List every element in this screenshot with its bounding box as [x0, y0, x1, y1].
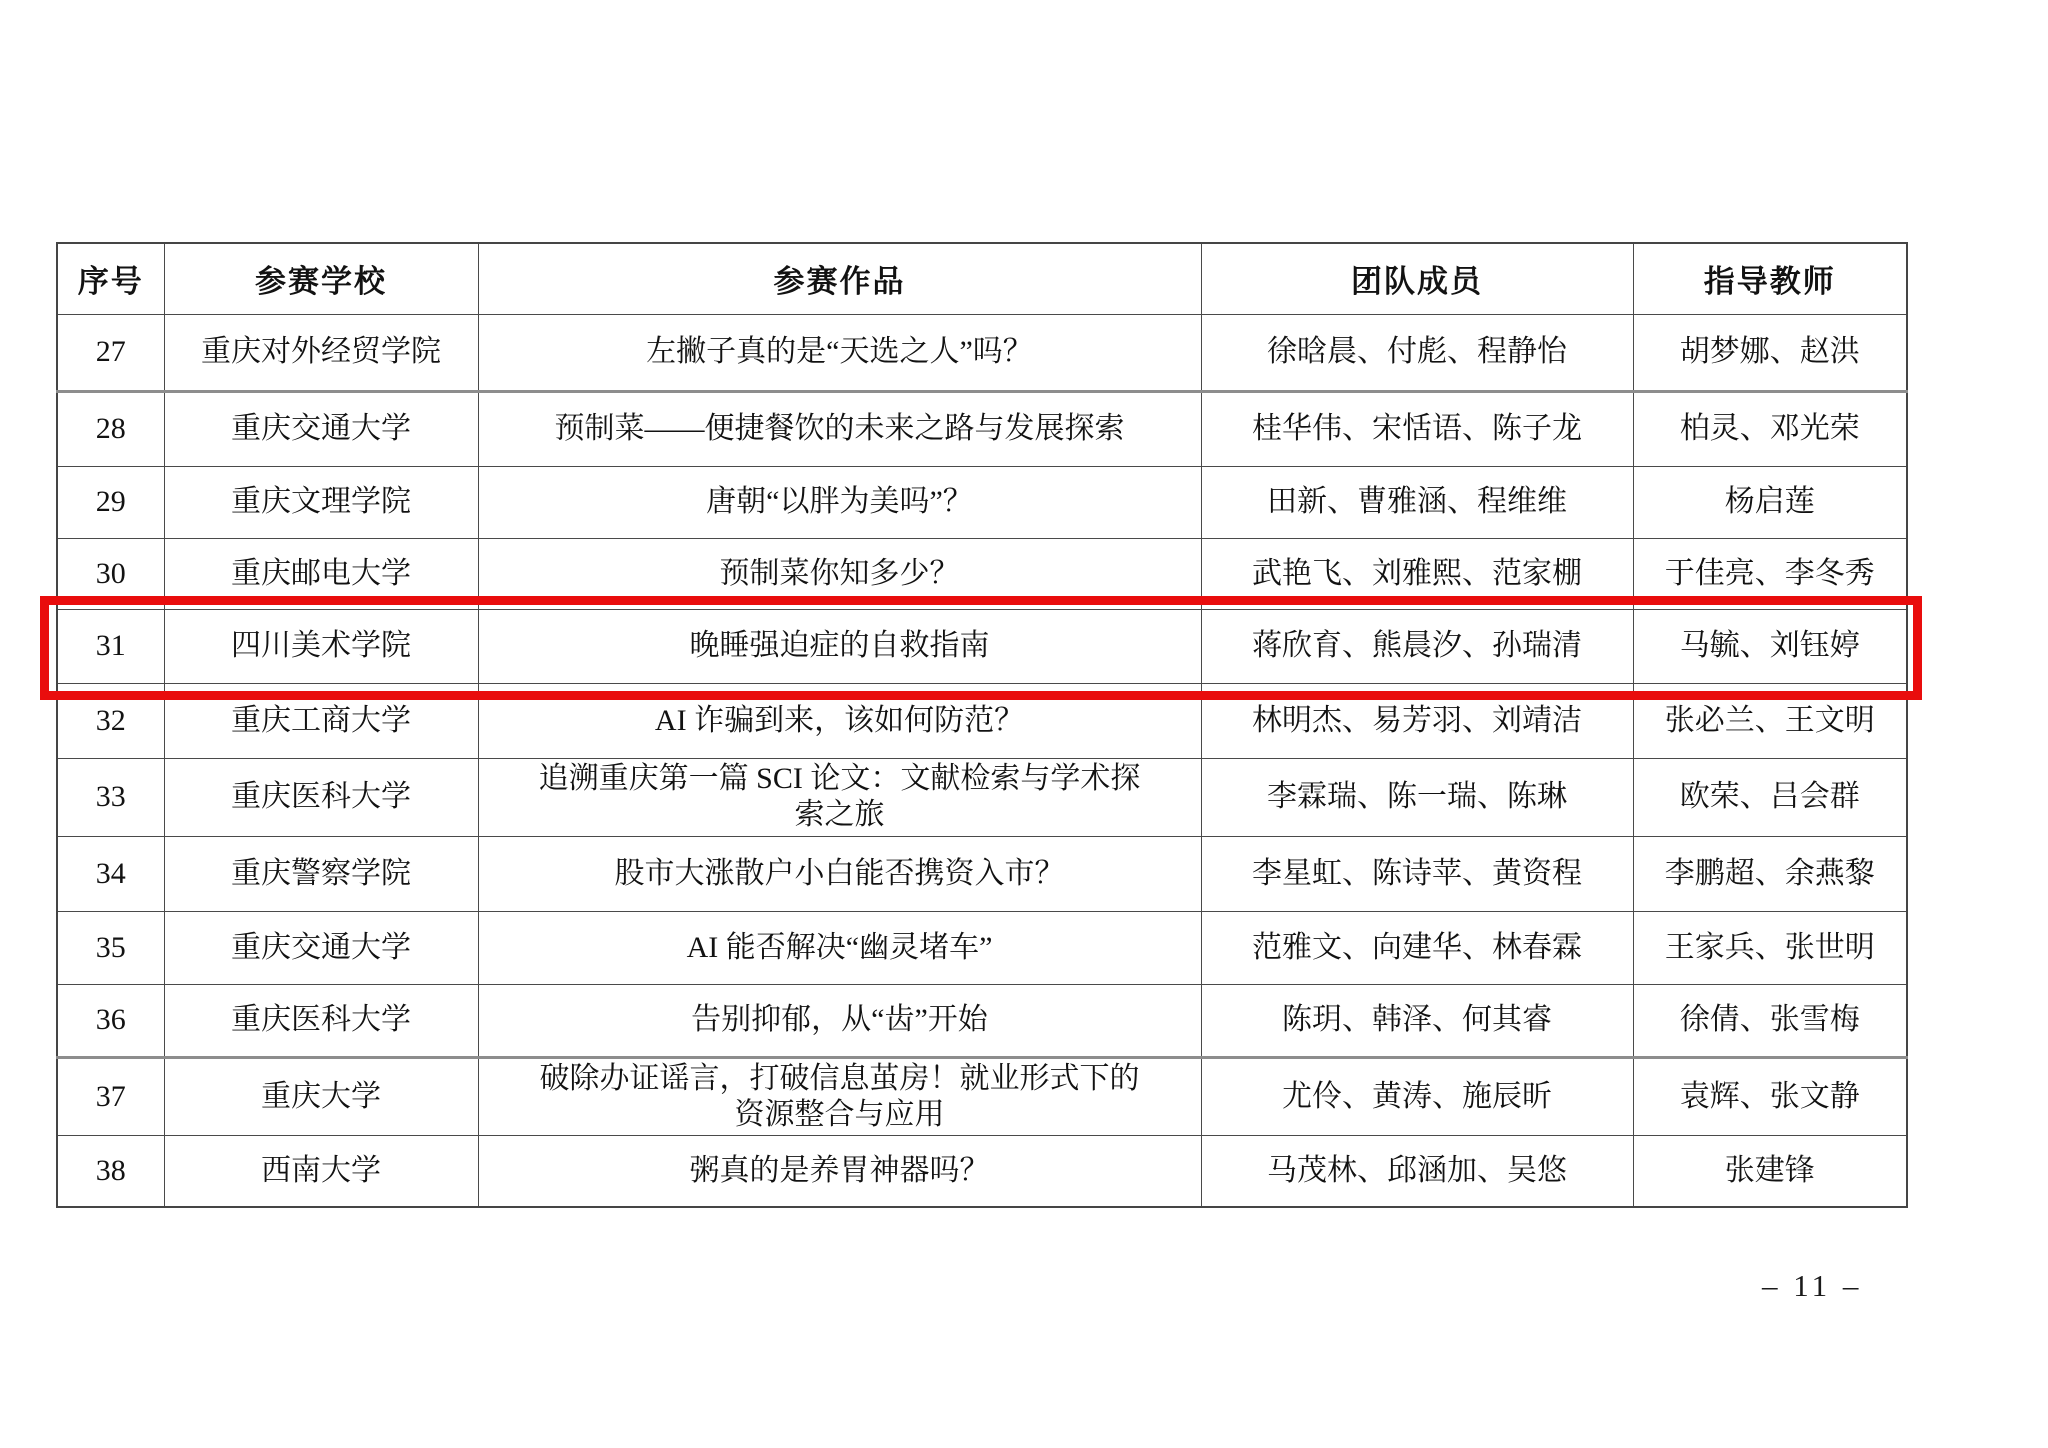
column-header-school: 参赛学校 — [164, 243, 478, 314]
cell-members: 李星虹、陈诗苹、黄资程 — [1201, 836, 1633, 911]
cell-no: 37 — [57, 1057, 164, 1135]
table-row: 30 重庆邮电大学 预制菜你知多少？ 武艳飞、刘雅熙、范家棚 于佳亮、李冬秀 — [57, 538, 1907, 609]
cell-work: 追溯重庆第一篇 SCI 论文：文献检索与学术探 索之旅 — [478, 758, 1201, 836]
cell-work: AI 能否解决“幽灵堵车” — [478, 911, 1201, 984]
page-number: – 11 – — [1762, 1268, 1862, 1304]
cell-teachers: 于佳亮、李冬秀 — [1633, 538, 1907, 609]
cell-work: 股市大涨散户小白能否携资入市？ — [478, 836, 1201, 911]
cell-members: 田新、曹雅涵、程维维 — [1201, 466, 1633, 538]
cell-work: 预制菜——便捷餐饮的未来之路与发展探索 — [478, 391, 1201, 466]
cell-work: 告别抑郁，从“齿”开始 — [478, 984, 1201, 1057]
table-row: 34 重庆警察学院 股市大涨散户小白能否携资入市？ 李星虹、陈诗苹、黄资程 李鹏… — [57, 836, 1907, 911]
cell-members: 范雅文、向建华、林春霖 — [1201, 911, 1633, 984]
cell-school: 重庆工商大学 — [164, 683, 478, 758]
cell-members: 徐晗晨、付彪、程静怡 — [1201, 314, 1633, 391]
table-row: 32 重庆工商大学 AI 诈骗到来，该如何防范？ 林明杰、易芳羽、刘靖洁 张必兰… — [57, 683, 1907, 758]
cell-no: 28 — [57, 391, 164, 466]
table-row: 37 重庆大学 破除办证谣言，打破信息茧房！就业形式下的 资源整合与应用 尤伶、… — [57, 1057, 1907, 1135]
column-header-no: 序号 — [57, 243, 164, 314]
column-header-work: 参赛作品 — [478, 243, 1201, 314]
cell-teachers: 柏灵、邓光荣 — [1633, 391, 1907, 466]
cell-no: 29 — [57, 466, 164, 538]
competition-results-table: 序号 参赛学校 参赛作品 团队成员 指导教师 27 重庆对外经贸学院 左撇子真的… — [56, 242, 1908, 1208]
cell-members: 林明杰、易芳羽、刘靖洁 — [1201, 683, 1633, 758]
cell-school: 重庆对外经贸学院 — [164, 314, 478, 391]
column-header-teachers: 指导教师 — [1633, 243, 1907, 314]
cell-school: 重庆文理学院 — [164, 466, 478, 538]
cell-work: AI 诈骗到来，该如何防范？ — [478, 683, 1201, 758]
cell-teachers: 李鹏超、余燕黎 — [1633, 836, 1907, 911]
cell-no: 34 — [57, 836, 164, 911]
cell-no: 33 — [57, 758, 164, 836]
cell-members: 尤伶、黄涛、施辰昕 — [1201, 1057, 1633, 1135]
table-row: 28 重庆交通大学 预制菜——便捷餐饮的未来之路与发展探索 桂华伟、宋恬语、陈子… — [57, 391, 1907, 466]
cell-school: 重庆邮电大学 — [164, 538, 478, 609]
cell-work: 晚睡强迫症的自救指南 — [478, 609, 1201, 683]
cell-school: 重庆交通大学 — [164, 911, 478, 984]
cell-members: 李霖瑞、陈一瑞、陈琳 — [1201, 758, 1633, 836]
cell-no: 35 — [57, 911, 164, 984]
cell-members: 武艳飞、刘雅熙、范家棚 — [1201, 538, 1633, 609]
table-row-highlighted: 31 四川美术学院 晚睡强迫症的自救指南 蒋欣育、熊晨汐、孙瑞清 马毓、刘钰婷 — [57, 609, 1907, 683]
cell-members: 陈玥、韩泽、何其睿 — [1201, 984, 1633, 1057]
cell-teachers: 杨启莲 — [1633, 466, 1907, 538]
table-row: 29 重庆文理学院 唐朝“以胖为美吗”？ 田新、曹雅涵、程维维 杨启莲 — [57, 466, 1907, 538]
cell-work: 预制菜你知多少？ — [478, 538, 1201, 609]
cell-work: 左撇子真的是“天选之人”吗？ — [478, 314, 1201, 391]
cell-no: 38 — [57, 1135, 164, 1207]
cell-teachers: 欧荣、吕会群 — [1633, 758, 1907, 836]
cell-teachers: 张必兰、王文明 — [1633, 683, 1907, 758]
cell-school: 重庆医科大学 — [164, 984, 478, 1057]
cell-no: 32 — [57, 683, 164, 758]
table-row: 38 西南大学 粥真的是养胃神器吗？ 马茂林、邱涵加、吴悠 张建锋 — [57, 1135, 1907, 1207]
cell-members: 马茂林、邱涵加、吴悠 — [1201, 1135, 1633, 1207]
cell-school: 四川美术学院 — [164, 609, 478, 683]
table-row: 33 重庆医科大学 追溯重庆第一篇 SCI 论文：文献检索与学术探 索之旅 李霖… — [57, 758, 1907, 836]
cell-school: 重庆警察学院 — [164, 836, 478, 911]
column-header-members: 团队成员 — [1201, 243, 1633, 314]
cell-teachers: 马毓、刘钰婷 — [1633, 609, 1907, 683]
cell-school: 重庆交通大学 — [164, 391, 478, 466]
cell-school: 西南大学 — [164, 1135, 478, 1207]
document-page: 序号 参赛学校 参赛作品 团队成员 指导教师 27 重庆对外经贸学院 左撇子真的… — [0, 0, 2048, 1448]
cell-teachers: 王家兵、张世明 — [1633, 911, 1907, 984]
table-row: 35 重庆交通大学 AI 能否解决“幽灵堵车” 范雅文、向建华、林春霖 王家兵、… — [57, 911, 1907, 984]
cell-teachers: 徐倩、张雪梅 — [1633, 984, 1907, 1057]
cell-no: 27 — [57, 314, 164, 391]
cell-work: 唐朝“以胖为美吗”？ — [478, 466, 1201, 538]
cell-members: 蒋欣育、熊晨汐、孙瑞清 — [1201, 609, 1633, 683]
table-header-row: 序号 参赛学校 参赛作品 团队成员 指导教师 — [57, 243, 1907, 314]
cell-school: 重庆大学 — [164, 1057, 478, 1135]
cell-no: 31 — [57, 609, 164, 683]
table-row: 36 重庆医科大学 告别抑郁，从“齿”开始 陈玥、韩泽、何其睿 徐倩、张雪梅 — [57, 984, 1907, 1057]
table-row: 27 重庆对外经贸学院 左撇子真的是“天选之人”吗？ 徐晗晨、付彪、程静怡 胡梦… — [57, 314, 1907, 391]
cell-work: 破除办证谣言，打破信息茧房！就业形式下的 资源整合与应用 — [478, 1057, 1201, 1135]
cell-teachers: 胡梦娜、赵洪 — [1633, 314, 1907, 391]
cell-no: 36 — [57, 984, 164, 1057]
cell-no: 30 — [57, 538, 164, 609]
cell-teachers: 张建锋 — [1633, 1135, 1907, 1207]
cell-members: 桂华伟、宋恬语、陈子龙 — [1201, 391, 1633, 466]
cell-teachers: 袁辉、张文静 — [1633, 1057, 1907, 1135]
cell-school: 重庆医科大学 — [164, 758, 478, 836]
cell-work: 粥真的是养胃神器吗？ — [478, 1135, 1201, 1207]
